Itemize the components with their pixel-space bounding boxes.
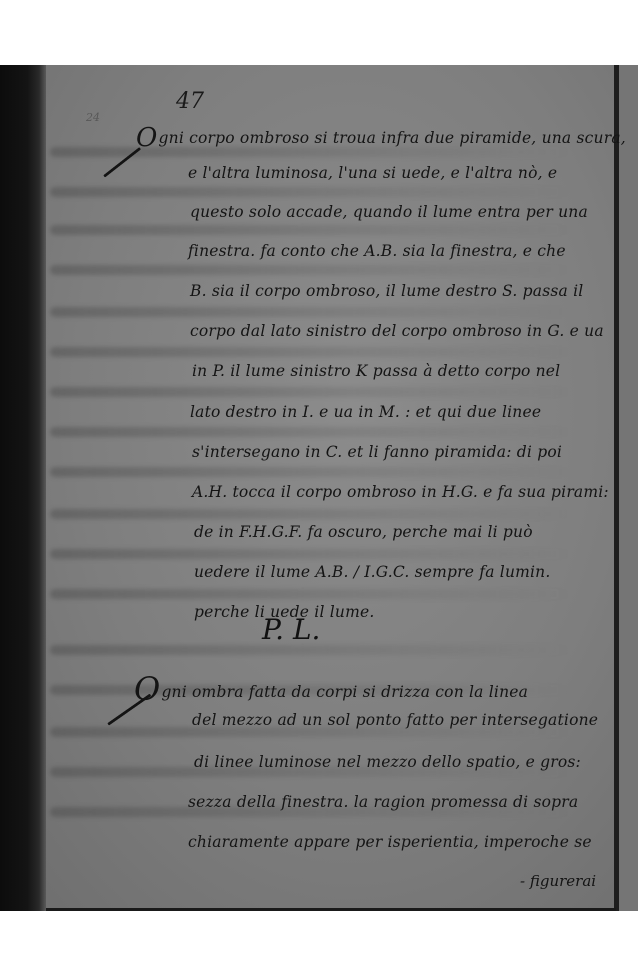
catchword: - figurerai bbox=[520, 872, 596, 890]
paragraph-1-line-2: e l'altra luminosa, l'una si uede, e l'a… bbox=[188, 164, 557, 182]
margin-note: 24 bbox=[86, 111, 100, 124]
paragraph-2-line-1: Ogni ombra fatta da corpi si drizza con … bbox=[134, 670, 528, 708]
paragraph-2-line-4: sezza della finestra. la ragion promessa… bbox=[188, 793, 578, 811]
bleed-through bbox=[50, 427, 570, 437]
bleed-through bbox=[50, 645, 570, 655]
paragraph-1-line-9: s'intersegano in C. et li fanno piramida… bbox=[192, 443, 562, 461]
folio-number: 47 bbox=[176, 89, 204, 114]
paragraph-1-line-11: de in F.H.G.F. fa oscuro, perche mai li … bbox=[194, 523, 533, 541]
paragraph-1-line-3: questo solo accade, quando il lume entra… bbox=[190, 203, 588, 221]
paragraph-1-line-5: B. sia il corpo ombroso, il lume destro … bbox=[190, 282, 583, 300]
binding-shadow bbox=[0, 65, 46, 911]
paragraph-2-line-5: chiaramente appare per isperientia, impe… bbox=[188, 833, 592, 851]
paragraph-1-line-6: corpo dal lato sinistro del corpo ombros… bbox=[190, 322, 604, 340]
paragraph-1-line-7: in P. il lume sinistro K passa à detto c… bbox=[192, 362, 560, 380]
bleed-through bbox=[50, 187, 570, 197]
bleed-through bbox=[50, 387, 570, 397]
bleed-through bbox=[50, 589, 570, 599]
paragraph-1-line-12: uedere il lume A.B. / I.G.C. sempre fa l… bbox=[194, 563, 551, 581]
bleed-through bbox=[50, 549, 570, 559]
bleed-through bbox=[50, 265, 570, 275]
bleed-through bbox=[50, 225, 570, 235]
paragraph-1-line-8: lato destro in I. e ua in M. : et qui du… bbox=[190, 403, 541, 421]
paragraph-1-line-4: finestra. fa conto che A.B. sia la fines… bbox=[188, 242, 566, 260]
section-heading: P. L. bbox=[262, 613, 320, 646]
paragraph-1-line-10: A.H. tocca il corpo ombroso in H.G. e fa… bbox=[192, 483, 609, 501]
paragraph-2-line-2: del mezzo ad un sol ponto fatto per inte… bbox=[192, 711, 598, 729]
bleed-through bbox=[50, 307, 570, 317]
bleed-through bbox=[50, 467, 570, 477]
bleed-through bbox=[50, 347, 570, 357]
facing-page-strip bbox=[619, 65, 638, 911]
page-bottom-edge bbox=[46, 908, 616, 911]
paragraph-1-line-1: Ogni corpo ombroso si troua infra due pi… bbox=[136, 123, 626, 153]
paragraph-2-line-3: di linee luminose nel mezzo dello spatio… bbox=[194, 753, 581, 771]
bleed-through bbox=[50, 509, 570, 519]
manuscript-scan: 24 47 Ogni corpo ombroso si troua infra … bbox=[0, 65, 638, 911]
drop-cap-flourish bbox=[107, 693, 151, 725]
